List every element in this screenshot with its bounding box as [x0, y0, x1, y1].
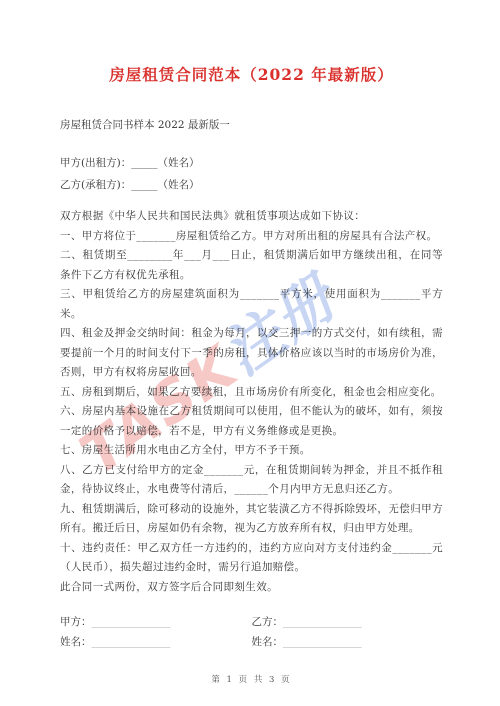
document-subtitle: 房屋租赁合同书样本 2022 最新版一: [60, 118, 443, 133]
clause-8: 八、乙方已支付给甲方的定金_______元，在租赁期间转为押金，并且不抵作租金，…: [60, 461, 443, 500]
clause-9: 九、租赁期满后，除可移动的设施外，其它装潢乙方不得拆除毁坏，无偿归甲方所有。搬迁…: [60, 500, 443, 539]
party-a-signature-line: _______________: [92, 616, 171, 628]
party-block: 甲方(出租方)：_____（姓名） 乙方(承租方)：_____（姓名）: [60, 152, 443, 196]
party-a-line: 甲方(出租方)：_____（姓名）: [60, 152, 443, 174]
signature-party-b: 乙方：_______________: [252, 613, 444, 633]
party-b-line: 乙方(承租方)：_____（姓名）: [60, 174, 443, 196]
clause-7: 七、房屋生活所用水电由乙方全付，甲方不予干预。: [60, 441, 443, 461]
closing-line: 此合同一式两份，双方签字后合同即刻生效。: [60, 578, 443, 598]
contract-document-page: { "document": { "title": "房屋租赁合同范本（2022 …: [0, 0, 500, 706]
clause-5: 五、房租到期后，如果乙方要续租，且市场房价有所变化，租金也会相应变化。: [60, 383, 443, 403]
page-title: 房屋租赁合同范本（2022 年最新版）: [60, 64, 443, 86]
signature-name-a: 姓名：_______________: [60, 633, 252, 653]
signature-row-name: 姓名：_______________ 姓名：_______________: [60, 633, 443, 653]
signature-name-b: 姓名：_______________: [252, 633, 444, 653]
name-a-label: 姓名：: [60, 636, 92, 648]
clause-2: 二、租赁期至________年___月___日止，租赁期满后如甲方继续出租，在同…: [60, 246, 443, 285]
clause-6: 六、房屋内基本设施在乙方租赁期间可以使用，但不能认为的破坏，如有，须按一定的价格…: [60, 402, 443, 441]
contract-page: 房屋租赁合同范本（2022 年最新版） 房屋租赁合同书样本 2022 最新版一 …: [0, 0, 500, 706]
page-number-footer: 第 1 页 共 3 页: [60, 673, 443, 685]
clause-10: 十、违约责任：甲乙双方任一方违约的，违约方应向对方支付违约金_______元（人…: [60, 539, 443, 578]
party-b-signature-line: _______________: [283, 616, 362, 628]
party-a-label: 甲方：: [60, 616, 92, 628]
name-b-signature-line: _______________: [283, 636, 362, 648]
name-b-label: 姓名：: [252, 636, 284, 648]
contract-body: 双方根据《中华人民共和国民法典》就租赁事项达成如下协议： 一、甲方将位于____…: [60, 207, 443, 597]
clause-4: 四、租金及押金交纳时间：租金为每月，以交三押一的方式交付，如有续租，需要提前一个…: [60, 324, 443, 383]
clause-3: 三、甲租赁给乙方的房屋建筑面积为_______平方米，使用面积为_______平…: [60, 285, 443, 324]
name-a-signature-line: _______________: [92, 636, 171, 648]
intro-line: 双方根据《中华人民共和国民法典》就租赁事项达成如下协议：: [60, 207, 443, 227]
clause-1: 一、甲方将位于_______房屋租赁给乙方。甲方对所出租的房屋具有合法产权。: [60, 227, 443, 247]
signature-row-party: 甲方：_______________ 乙方：_______________: [60, 613, 443, 633]
party-b-label: 乙方：: [252, 616, 284, 628]
signature-block: 甲方：_______________ 乙方：_______________ 姓名…: [60, 613, 443, 652]
signature-party-a: 甲方：_______________: [60, 613, 252, 633]
